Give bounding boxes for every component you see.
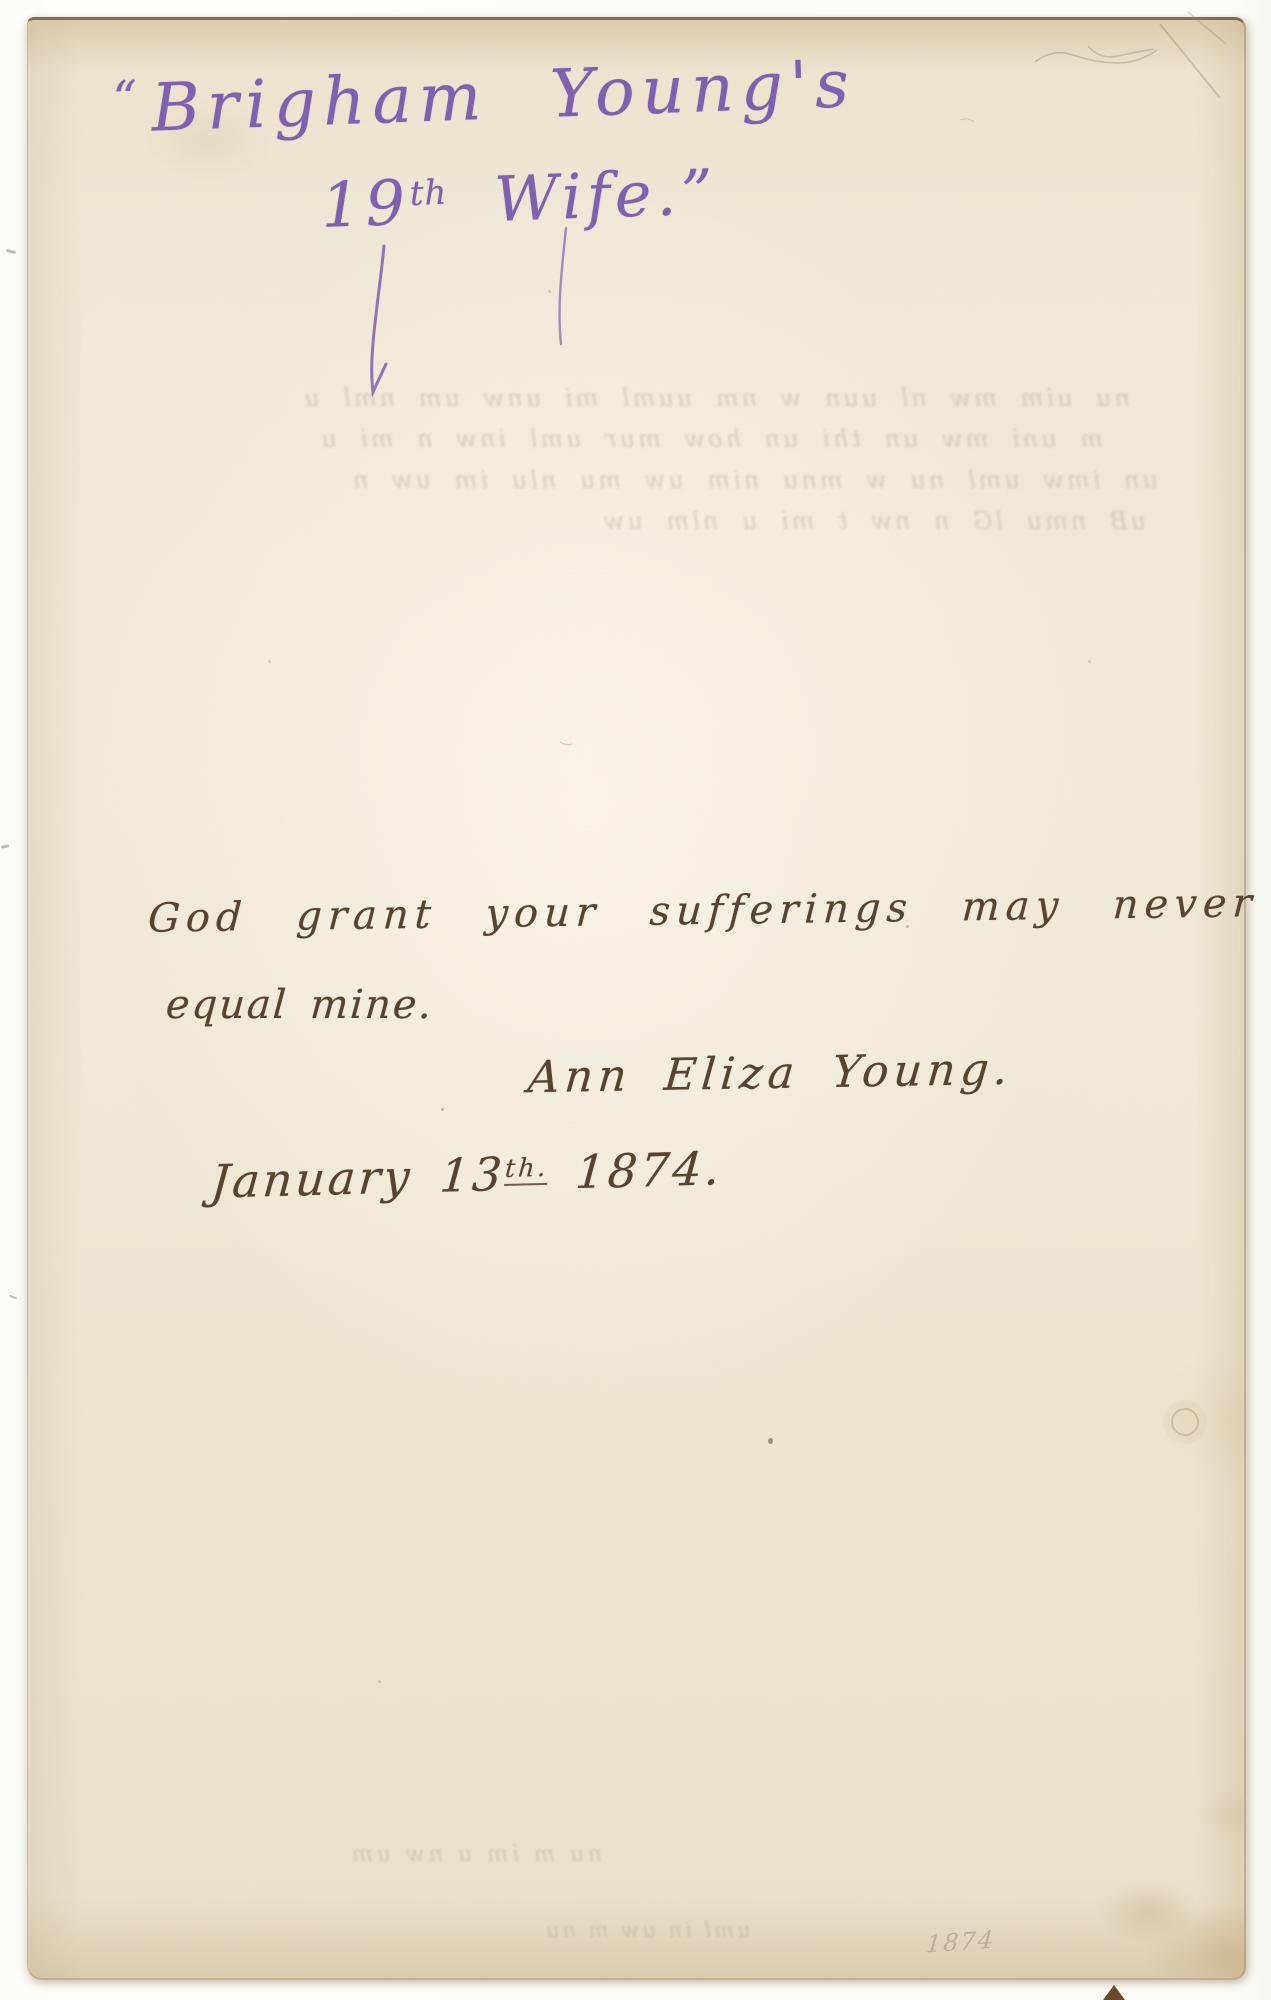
title-ordinal: th: [409, 173, 448, 214]
adjacent-item-tip: [1103, 1985, 1125, 2000]
open-quote-mark: “: [112, 72, 138, 128]
title-line-2: 19th Wife.”: [320, 155, 719, 242]
paper-speck: [268, 660, 271, 663]
pencil-year-note: 1874: [925, 1925, 996, 1958]
title-text-line2: Wife.”: [493, 155, 719, 236]
bottom-faint-line: uml in uw m nu: [543, 1918, 751, 1942]
manuscript-page: “Brigham Young's 19th Wife.” nu uim mw n…: [27, 17, 1246, 1980]
title-line-1: “Brigham Young's: [112, 45, 857, 148]
title-number: 19: [320, 166, 411, 242]
bleedthrough-line: un imw uml nu w mnu nim uw mu nlu im uw …: [153, 460, 1158, 501]
paper-speck: [1088, 660, 1091, 663]
inscription-line-2: equal mine.: [164, 982, 434, 1028]
bleedthrough-line: m uni mw un thi un how mur uml inw n mi …: [153, 419, 1158, 460]
date-year: 1874.: [574, 1141, 725, 1199]
bottom-faint-line: nu m im u nw um: [348, 1842, 602, 1867]
title-text-line1: Brigham Young's: [150, 45, 857, 147]
bleedthrough-text-block: nu uim mw nl uun w nm uuml mi unw um nml…: [153, 378, 1158, 542]
paper-speck: [548, 290, 551, 293]
paper-speck: [378, 1680, 381, 1683]
date-line: January 13th. 1874.: [209, 1141, 725, 1209]
bleedthrough-line: nu uim mw nl uun w nm uuml mi unw um nml…: [153, 378, 1158, 419]
paper-speck: [906, 925, 909, 928]
date-day: January 13: [209, 1147, 507, 1209]
paper-speck: [441, 1108, 444, 1111]
bleedthrough-line: uB nmu lG n nw t mi u nlm uw: [153, 501, 1158, 542]
paper-speck: [768, 1438, 773, 1444]
date-ordinal: th.: [504, 1153, 550, 1186]
signature: Ann Eliza Young.: [526, 1044, 1015, 1104]
inscription-line-1: God grant your sufferings may never: [147, 880, 1259, 942]
